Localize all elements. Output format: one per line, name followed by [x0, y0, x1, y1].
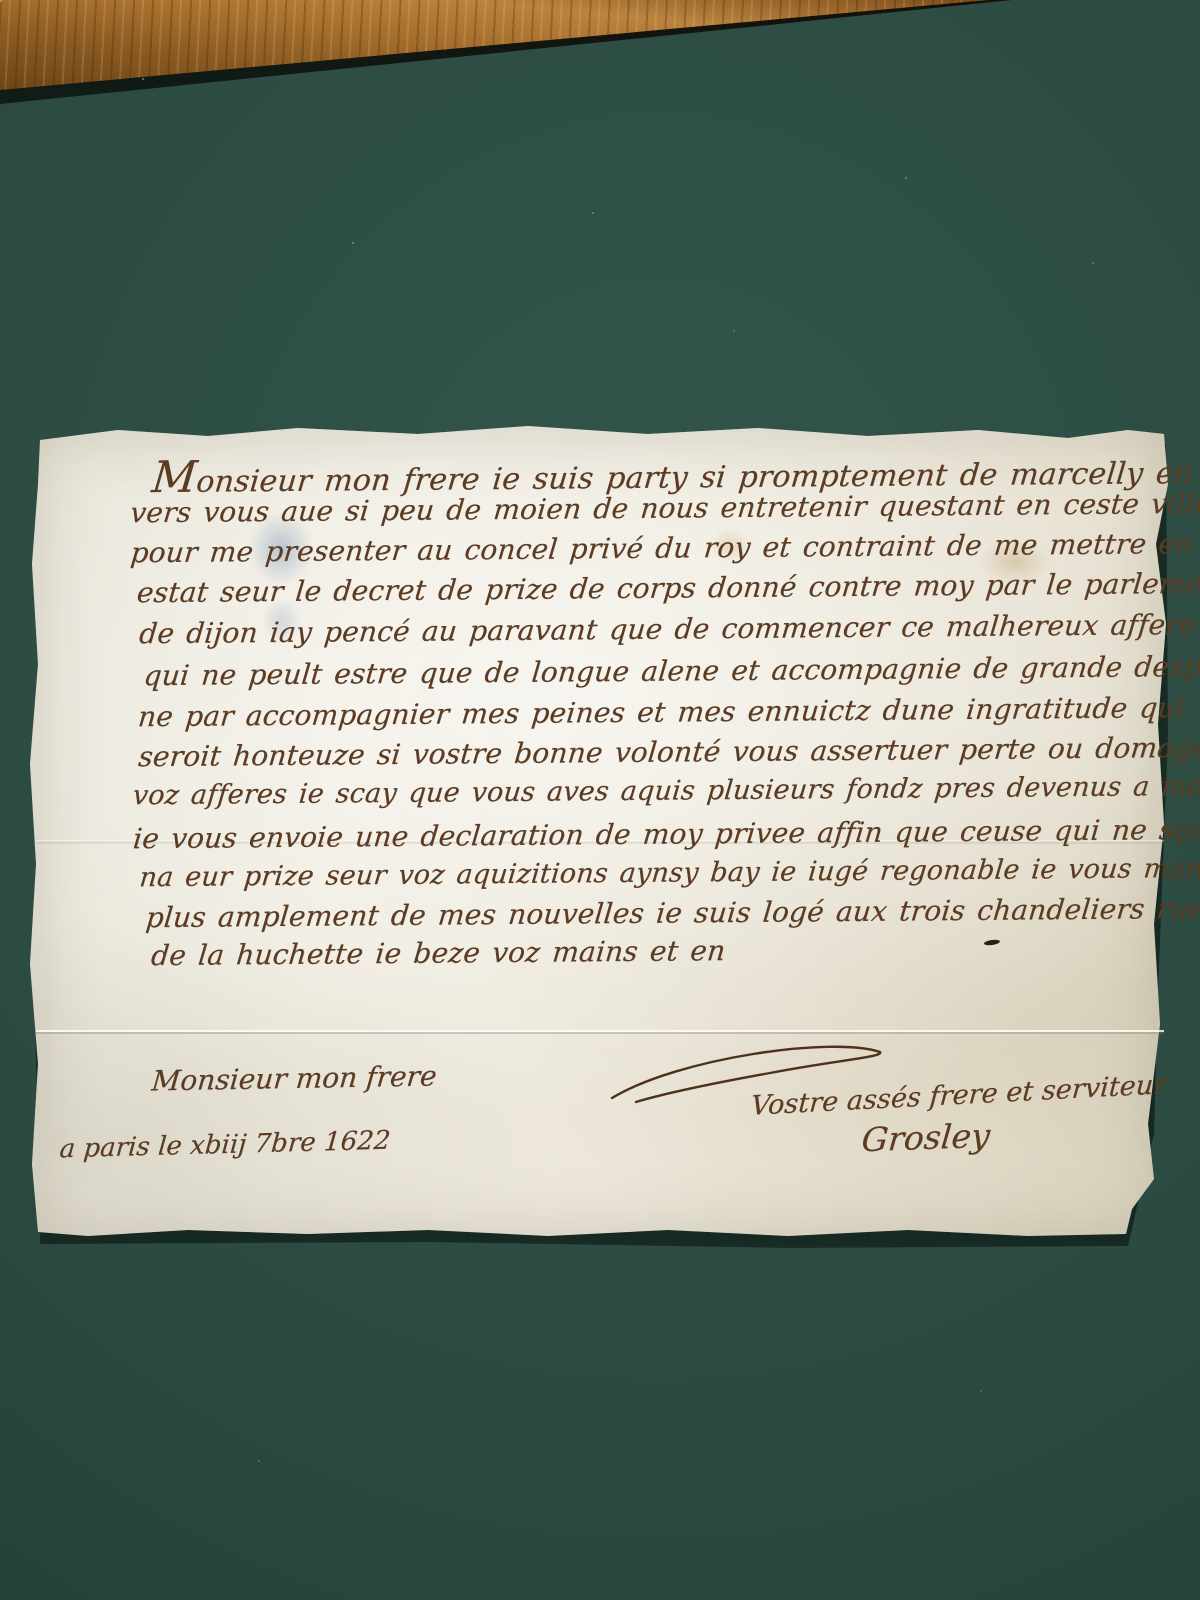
wood-table-edge	[0, 0, 988, 90]
closing-salutation: Monsieur mon frere	[150, 1060, 438, 1098]
letter-line: de la huchette ie beze voz mains et en	[150, 934, 727, 972]
dust-specks	[0, 0, 2, 2]
paper-crease-lower	[36, 1030, 1164, 1034]
signature: Grosley	[860, 1116, 992, 1159]
photo-of-letter: { "scene": { "colors": { "background_gre…	[0, 0, 1200, 1600]
